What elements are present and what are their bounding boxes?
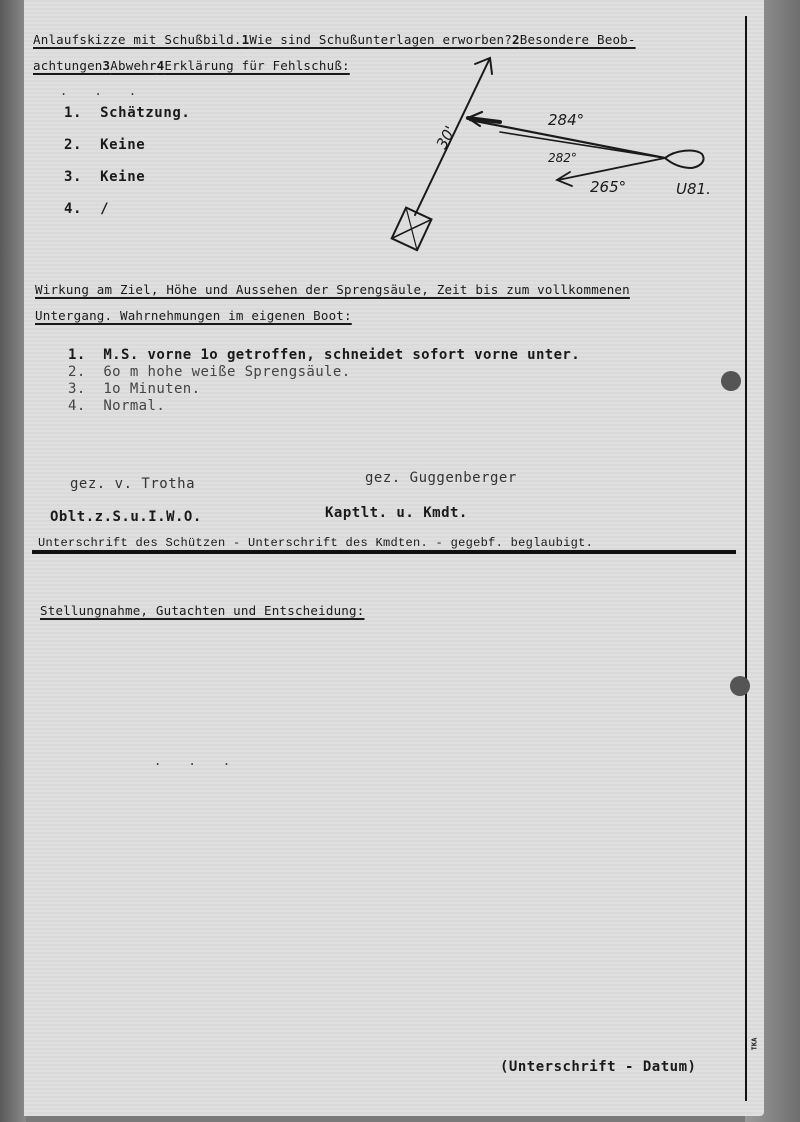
heading-part: Erklärung für Fehlschuß: (164, 58, 349, 73)
result-text: M.S. vorne 1o getroffen, schneidet sofor… (103, 347, 580, 363)
margin-line (745, 16, 747, 1101)
section2-heading-line2: Untergang. Wahrnehmungen im eigenen Boot… (35, 308, 352, 323)
section-divider (32, 550, 736, 554)
result-item: 2. 6o m hohe weiße Sprengsäule. (68, 364, 580, 381)
result-text: Normal. (103, 398, 165, 414)
result-item: 1. M.S. vorne 1o getroffen, schneidet so… (68, 347, 580, 364)
bearing-label: 265° (590, 178, 626, 196)
answer-number: 2. (64, 137, 82, 153)
commander-signature: gez. Guggenberger (365, 470, 517, 486)
answer-text: Keine (100, 137, 145, 153)
shooter-signature: gez. v. Trotha (70, 476, 195, 492)
heading-part: Abwehr (110, 58, 156, 73)
answer-number: 3. (64, 169, 82, 185)
result-number: 2. (68, 364, 86, 380)
answer-number: 1. (64, 105, 82, 121)
answer-number: 4. (64, 201, 82, 217)
bearing-label: 282° (548, 151, 577, 165)
answer-text: Keine (100, 169, 145, 185)
result-item: 4. Normal. (68, 398, 580, 415)
heading-number: 2 (512, 32, 520, 47)
result-text: 6o m hohe weiße Sprengsäule. (103, 364, 350, 380)
heading-part: achtungen (33, 58, 103, 73)
heading-part: Anlaufskizze mit Schußbild. (33, 32, 242, 47)
signature-date-label: (Unterschrift - Datum) (500, 1059, 696, 1075)
uboat-label: U81. (676, 180, 711, 198)
target-course-label: 30' (433, 123, 460, 152)
punch-hole-top (721, 371, 741, 391)
stray-dots: . . . (154, 754, 240, 768)
shooter-rank: Oblt.z.S.u.I.W.O. (50, 509, 202, 525)
commander-rank: Kaptlt. u. Kmdt. (325, 505, 468, 521)
result-text: 1o Minuten. (103, 381, 200, 397)
answer-item: 4. / (64, 201, 109, 217)
bearing-label: 284° (548, 111, 584, 129)
target-ship-icon (392, 208, 432, 251)
result-number: 1. (68, 347, 86, 363)
section1-heading-line2: achtungen3Abwehr4Erklärung für Fehlschuß… (33, 58, 350, 73)
signature-caption: Unterschrift des Schützen - Unterschrift… (38, 536, 593, 550)
section1-heading-line1: Anlaufskizze mit Schußbild.1Wie sind Sch… (33, 32, 636, 47)
scan-shadow-left (0, 0, 26, 1122)
attack-sketch: 30' 284° 282° 265° U81. (380, 50, 730, 260)
answer-text: Schätzung. (100, 105, 190, 121)
stray-dots: . . . (60, 84, 146, 98)
answer-item: 2. Keine (64, 137, 145, 153)
heading-part: Besondere Beob- (520, 32, 636, 47)
result-number: 4. (68, 398, 86, 414)
answer-item: 1. Schätzung. (64, 105, 190, 121)
result-list: 1. M.S. vorne 1o getroffen, schneidet so… (68, 347, 580, 415)
answer-text: / (100, 201, 109, 217)
result-number: 3. (68, 381, 86, 397)
heading-part: Wie sind Schußunterlagen erworben? (249, 32, 512, 47)
section2-heading-line1: Wirkung am Ziel, Höhe und Aussehen der S… (35, 282, 630, 297)
archive-stamp: TKA (750, 1038, 758, 1051)
result-item: 3. 1o Minuten. (68, 381, 580, 398)
answer-item: 3. Keine (64, 169, 145, 185)
section3-heading: Stellungnahme, Gutachten und Entscheidun… (40, 603, 364, 618)
punch-hole-bottom (730, 676, 750, 696)
uboat-icon (665, 151, 704, 168)
